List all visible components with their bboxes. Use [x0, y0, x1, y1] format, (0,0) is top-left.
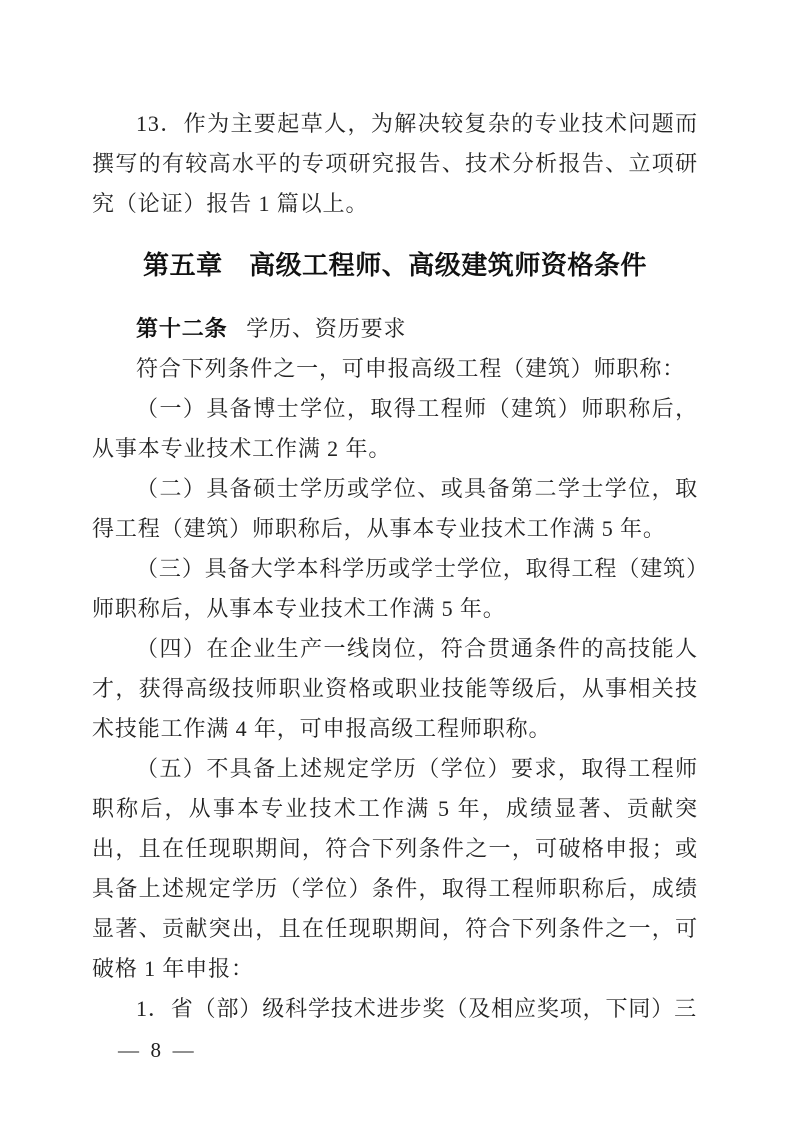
numbered-item-1: 1．省（部）级科学技术进步奖（及相应奖项，下同）三 — [92, 989, 698, 1029]
clause-item-4: （四）在企业生产一线岗位，符合贯通条件的高技能人才，获得高级技师职业资格或职业技… — [92, 629, 698, 749]
clause-item-2: （二）具备硕士学历或学位、或具备第二学士学位，取得工程（建筑）师职称后，从事本专… — [92, 469, 698, 549]
article-heading: 第十二条学历、资历要求 — [92, 309, 698, 349]
clause-item-1: （一）具备博士学位，取得工程师（建筑）师职称后，从事本专业技术工作满 2 年。 — [92, 389, 698, 469]
document-page: 13．作为主要起草人，为解决较复杂的专业技术问题而撰写的有较高水平的专项研究报告… — [0, 0, 793, 1122]
article-number: 第十二条 — [136, 316, 228, 341]
clause-lead-in: 符合下列条件之一，可申报高级工程（建筑）师职称： — [92, 349, 698, 389]
document-content: 13．作为主要起草人，为解决较复杂的专业技术问题而撰写的有较高水平的专项研究报告… — [92, 104, 698, 1029]
chapter-heading: 第五章 高级工程师、高级建筑师资格条件 — [92, 245, 698, 285]
page-footer: — 8 — — [118, 1036, 197, 1064]
article-title: 学历、资历要求 — [228, 316, 407, 341]
clause-item-3: （三）具备大学本科学历或学士学位，取得工程（建筑）师职称后，从事本专业技术工作满… — [92, 549, 698, 629]
clause-item-5: （五）不具备上述规定学历（学位）要求，取得工程师职称后，从事本专业技术工作满 5… — [92, 749, 698, 989]
intro-paragraph: 13．作为主要起草人，为解决较复杂的专业技术问题而撰写的有较高水平的专项研究报告… — [92, 104, 698, 224]
